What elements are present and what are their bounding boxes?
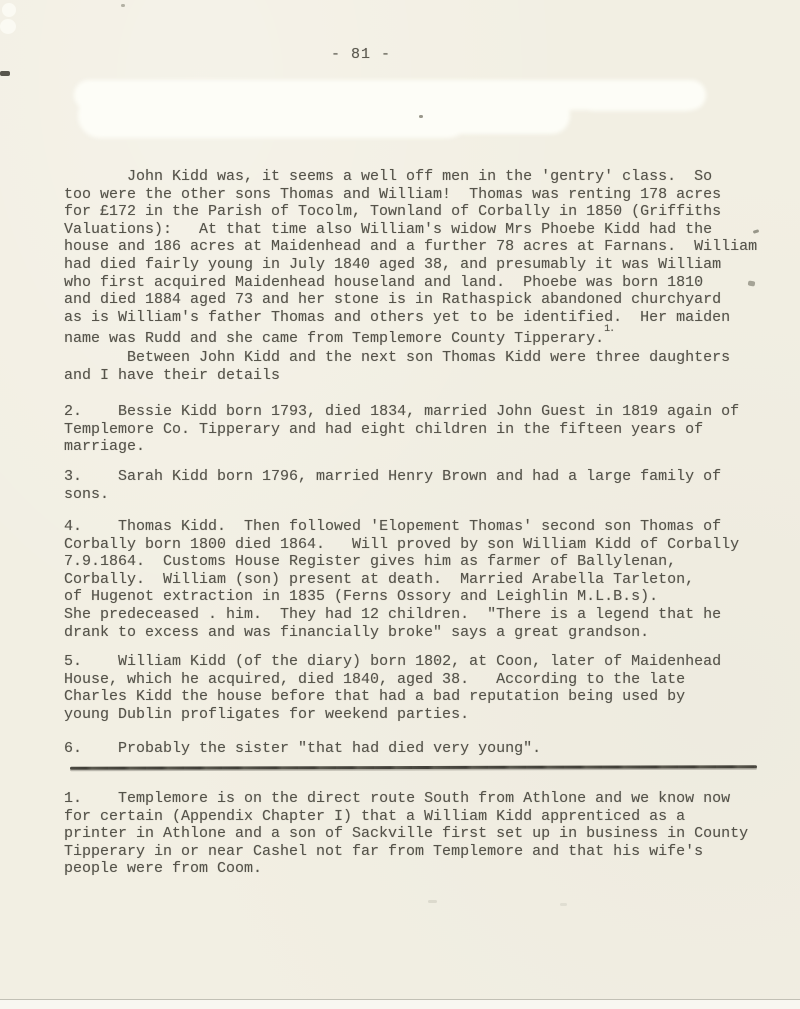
footnote-number: 1. <box>64 790 82 807</box>
whiteout-blob-right <box>580 84 700 111</box>
entry-text: Thomas Kidd. Then followed 'Elopement Th… <box>64 518 739 641</box>
entry-number: 6. <box>64 740 82 757</box>
entry-text: Bessie Kidd born 1793, died 1834, marrie… <box>64 403 739 455</box>
scan-speck <box>0 71 10 76</box>
entry-number: 5. <box>64 653 82 670</box>
between-paragraph: Between John Kidd and the next son Thoma… <box>64 349 800 384</box>
whiteout-blob-middle <box>288 97 570 134</box>
entry-number: 4. <box>64 518 82 535</box>
entry-text: Probably the sister "that had died very … <box>82 740 541 757</box>
footnote-marker: 1. <box>604 324 614 335</box>
entry-text: Sarah Kidd born 1796, married Henry Brow… <box>64 468 721 503</box>
entry-sarah-kidd: 3. Sarah Kidd born 1796, married Henry B… <box>64 468 800 503</box>
page-bottom-edge <box>0 999 800 1009</box>
scan-speck <box>428 900 437 903</box>
whiteout-dot <box>2 3 16 17</box>
entry-number: 2. <box>64 403 82 420</box>
intro-text: John Kidd was, it seems a well off men i… <box>64 168 757 347</box>
footnote-divider <box>70 765 757 769</box>
scan-speck <box>560 903 567 906</box>
footnote: 1. Templemore is on the direct route Sou… <box>64 790 800 878</box>
whiteout-dot <box>0 19 16 34</box>
footnote-text: Templemore is on the direct route South … <box>64 790 748 877</box>
page-number: - 81 - <box>331 46 391 64</box>
scanned-document-page: - 81 - John Kidd was, it seems a well of… <box>0 0 800 1009</box>
entry-thomas-kidd: 4. Thomas Kidd. Then followed 'Elopement… <box>64 518 800 641</box>
scan-speck <box>748 280 756 286</box>
entry-bessie-kidd: 2. Bessie Kidd born 1793, died 1834, mar… <box>64 403 800 456</box>
scan-speck <box>121 4 125 7</box>
entry-text: William Kidd (of the diary) born 1802, a… <box>64 653 721 723</box>
scan-speck <box>419 115 423 118</box>
intro-paragraph: John Kidd was, it seems a well off men i… <box>64 168 800 348</box>
entry-number: 3. <box>64 468 82 485</box>
entry-william-kidd: 5. William Kidd (of the diary) born 1802… <box>64 653 800 723</box>
entry-sister: 6. Probably the sister "that had died ve… <box>64 740 800 758</box>
